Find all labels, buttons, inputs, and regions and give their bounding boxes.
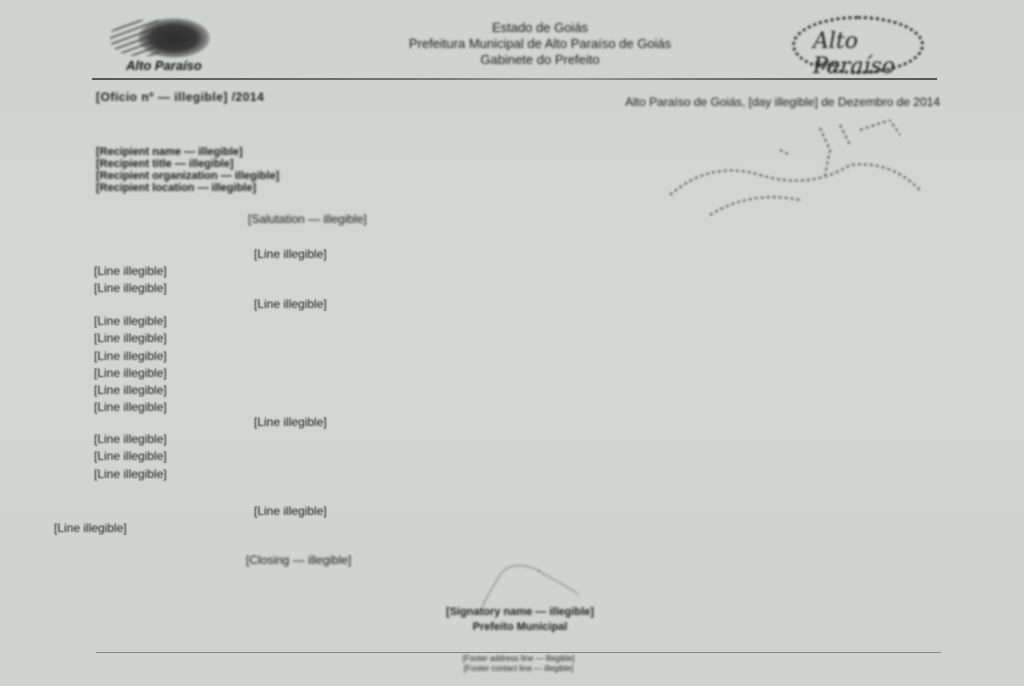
seal-script: Alto Paraíso [813,29,921,79]
sun-icon [138,18,210,58]
signatory-name: [Signatory name — illegible] [380,606,660,618]
body-line: [Line illegible] [94,330,946,347]
body-line: [Line illegible] [54,520,974,537]
body-line: [Line illegible] [94,348,946,365]
signatory-title: Prefeito Municipal [380,621,660,633]
letter-footer: [Footer address line — illegible] [Foote… [96,654,941,674]
body-line: [Line illegible] [94,448,946,465]
body-paragraph-4: [Line illegible] [Line illegible] [54,503,974,537]
header-divider [92,78,937,80]
letterhead-state: Estado de Goiás [330,20,750,36]
letterhead-municipality: Prefeitura Municipal de Alto Paraíso de … [330,36,750,52]
municipality-logo: Alto Paraíso [100,14,250,76]
body-paragraph-1: [Line illegible] [Line illegible] [Line … [94,246,946,298]
body-line: [Line illegible] [94,280,946,297]
received-stamp-scribble [650,120,940,220]
footer-divider [96,652,941,653]
body-line: [Line illegible] [94,431,946,448]
official-seal: Alto Paraíso Goiás [792,16,924,74]
body-line: [Line illegible] [94,263,946,280]
body-line: [Line illegible] [94,313,946,330]
recipient-line: [Recipient title — illegible] [96,158,234,170]
salutation: [Salutation — illegible] [248,212,367,226]
scanned-letter-page: Alto Paraíso Estado de Goiás Prefeitura … [0,0,1024,686]
body-paragraph-3: [Line illegible] [Line illegible] [Line … [94,414,946,483]
letterhead-office: Gabinete do Prefeito [330,52,750,68]
body-paragraph-2: [Line illegible] [Line illegible] [Line … [94,296,946,416]
body-line: [Line illegible] [94,414,946,431]
seal-subtitle: Goiás [815,59,840,69]
body-line: [Line illegible] [94,466,946,483]
body-line: [Line illegible] [94,246,946,263]
handwritten-signature [480,554,582,649]
body-line: [Line illegible] [94,365,946,382]
closing: [Closing — illegible] [246,553,351,567]
reference-number: [Ofício nº — illegible] /2014 [96,90,264,104]
recipient-line: [Recipient location — illegible] [96,182,256,194]
body-line: [Line illegible] [54,503,974,520]
body-line: [Line illegible] [94,382,946,399]
logo-wordmark: Alto Paraíso [126,58,202,73]
recipient-line: [Recipient organization — illegible] [96,170,279,182]
date-line: Alto Paraíso de Goiás, [day illegible] d… [496,95,940,109]
body-line: [Line illegible] [94,296,946,313]
footer-line: [Footer address line — illegible] [96,654,941,664]
recipient-line: [Recipient name — illegible] [96,146,243,158]
letterhead: Estado de Goiás Prefeitura Municipal de … [330,20,750,68]
footer-line: [Footer contact line — illegible] [96,664,941,674]
